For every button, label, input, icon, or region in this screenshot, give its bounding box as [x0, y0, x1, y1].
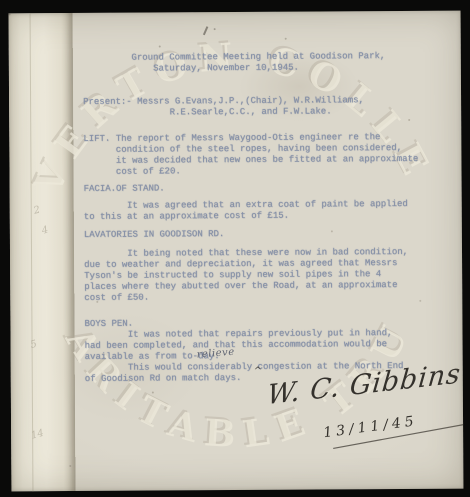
handwritten-caret-mark: ^ — [254, 366, 262, 377]
typed-line: to this at an approximate cost of £15. — [84, 210, 408, 223]
document-page: 24514 THE EVERTON COLLECTION CHARITABLE … — [9, 11, 464, 492]
typed-line: cost of £20. — [83, 165, 418, 178]
typed-line: FACIA.OF STAND. — [84, 183, 165, 194]
page-edge-line — [30, 13, 34, 491]
typed-paragraph: Present:- Messrs G.Evans,J.P.,(Chair), W… — [83, 95, 364, 119]
typed-line: had been completed, and that this accomm… — [85, 339, 404, 352]
typed-paragraph: FACIA.OF STAND. — [84, 183, 165, 194]
typed-line: LAVATORIES IN GOODISON RD. — [84, 229, 225, 241]
typed-paragraph: Ground Committee Meeting held at Goodiso… — [83, 51, 386, 75]
typed-line: it was decided that new ones be fitted a… — [83, 154, 418, 167]
typed-line: Saturday, November 10,1945. — [83, 62, 386, 75]
dust-specks — [9, 13, 11, 15]
binding-margin: 24514 — [9, 13, 76, 491]
typed-line: Ground Committee Meeting held at Goodiso… — [83, 51, 386, 64]
margin-bleed-mark: 4 — [41, 225, 50, 237]
typed-paragraph: LIFT. The report of Messrs Waygood-Otis … — [83, 132, 418, 178]
margin-bleed-mark: 2 — [32, 205, 41, 217]
typed-paragraph: It was agreed that an extra coat of pain… — [84, 199, 408, 223]
typed-line: cost of £50. — [84, 291, 408, 304]
typed-line: R.E.Searle,C.C., and F.W.Lake. — [83, 106, 364, 119]
typed-line: places where they abutted over the Road,… — [84, 280, 408, 293]
typed-paragraph: LAVATORIES IN GOODISON RD. — [84, 229, 225, 241]
binding-crease-line — [70, 13, 74, 491]
typed-paragraph: It being noted that these were now in ba… — [84, 247, 408, 304]
margin-bleed-mark: 14 — [30, 428, 45, 442]
margin-bleed-mark: 5 — [29, 339, 38, 351]
